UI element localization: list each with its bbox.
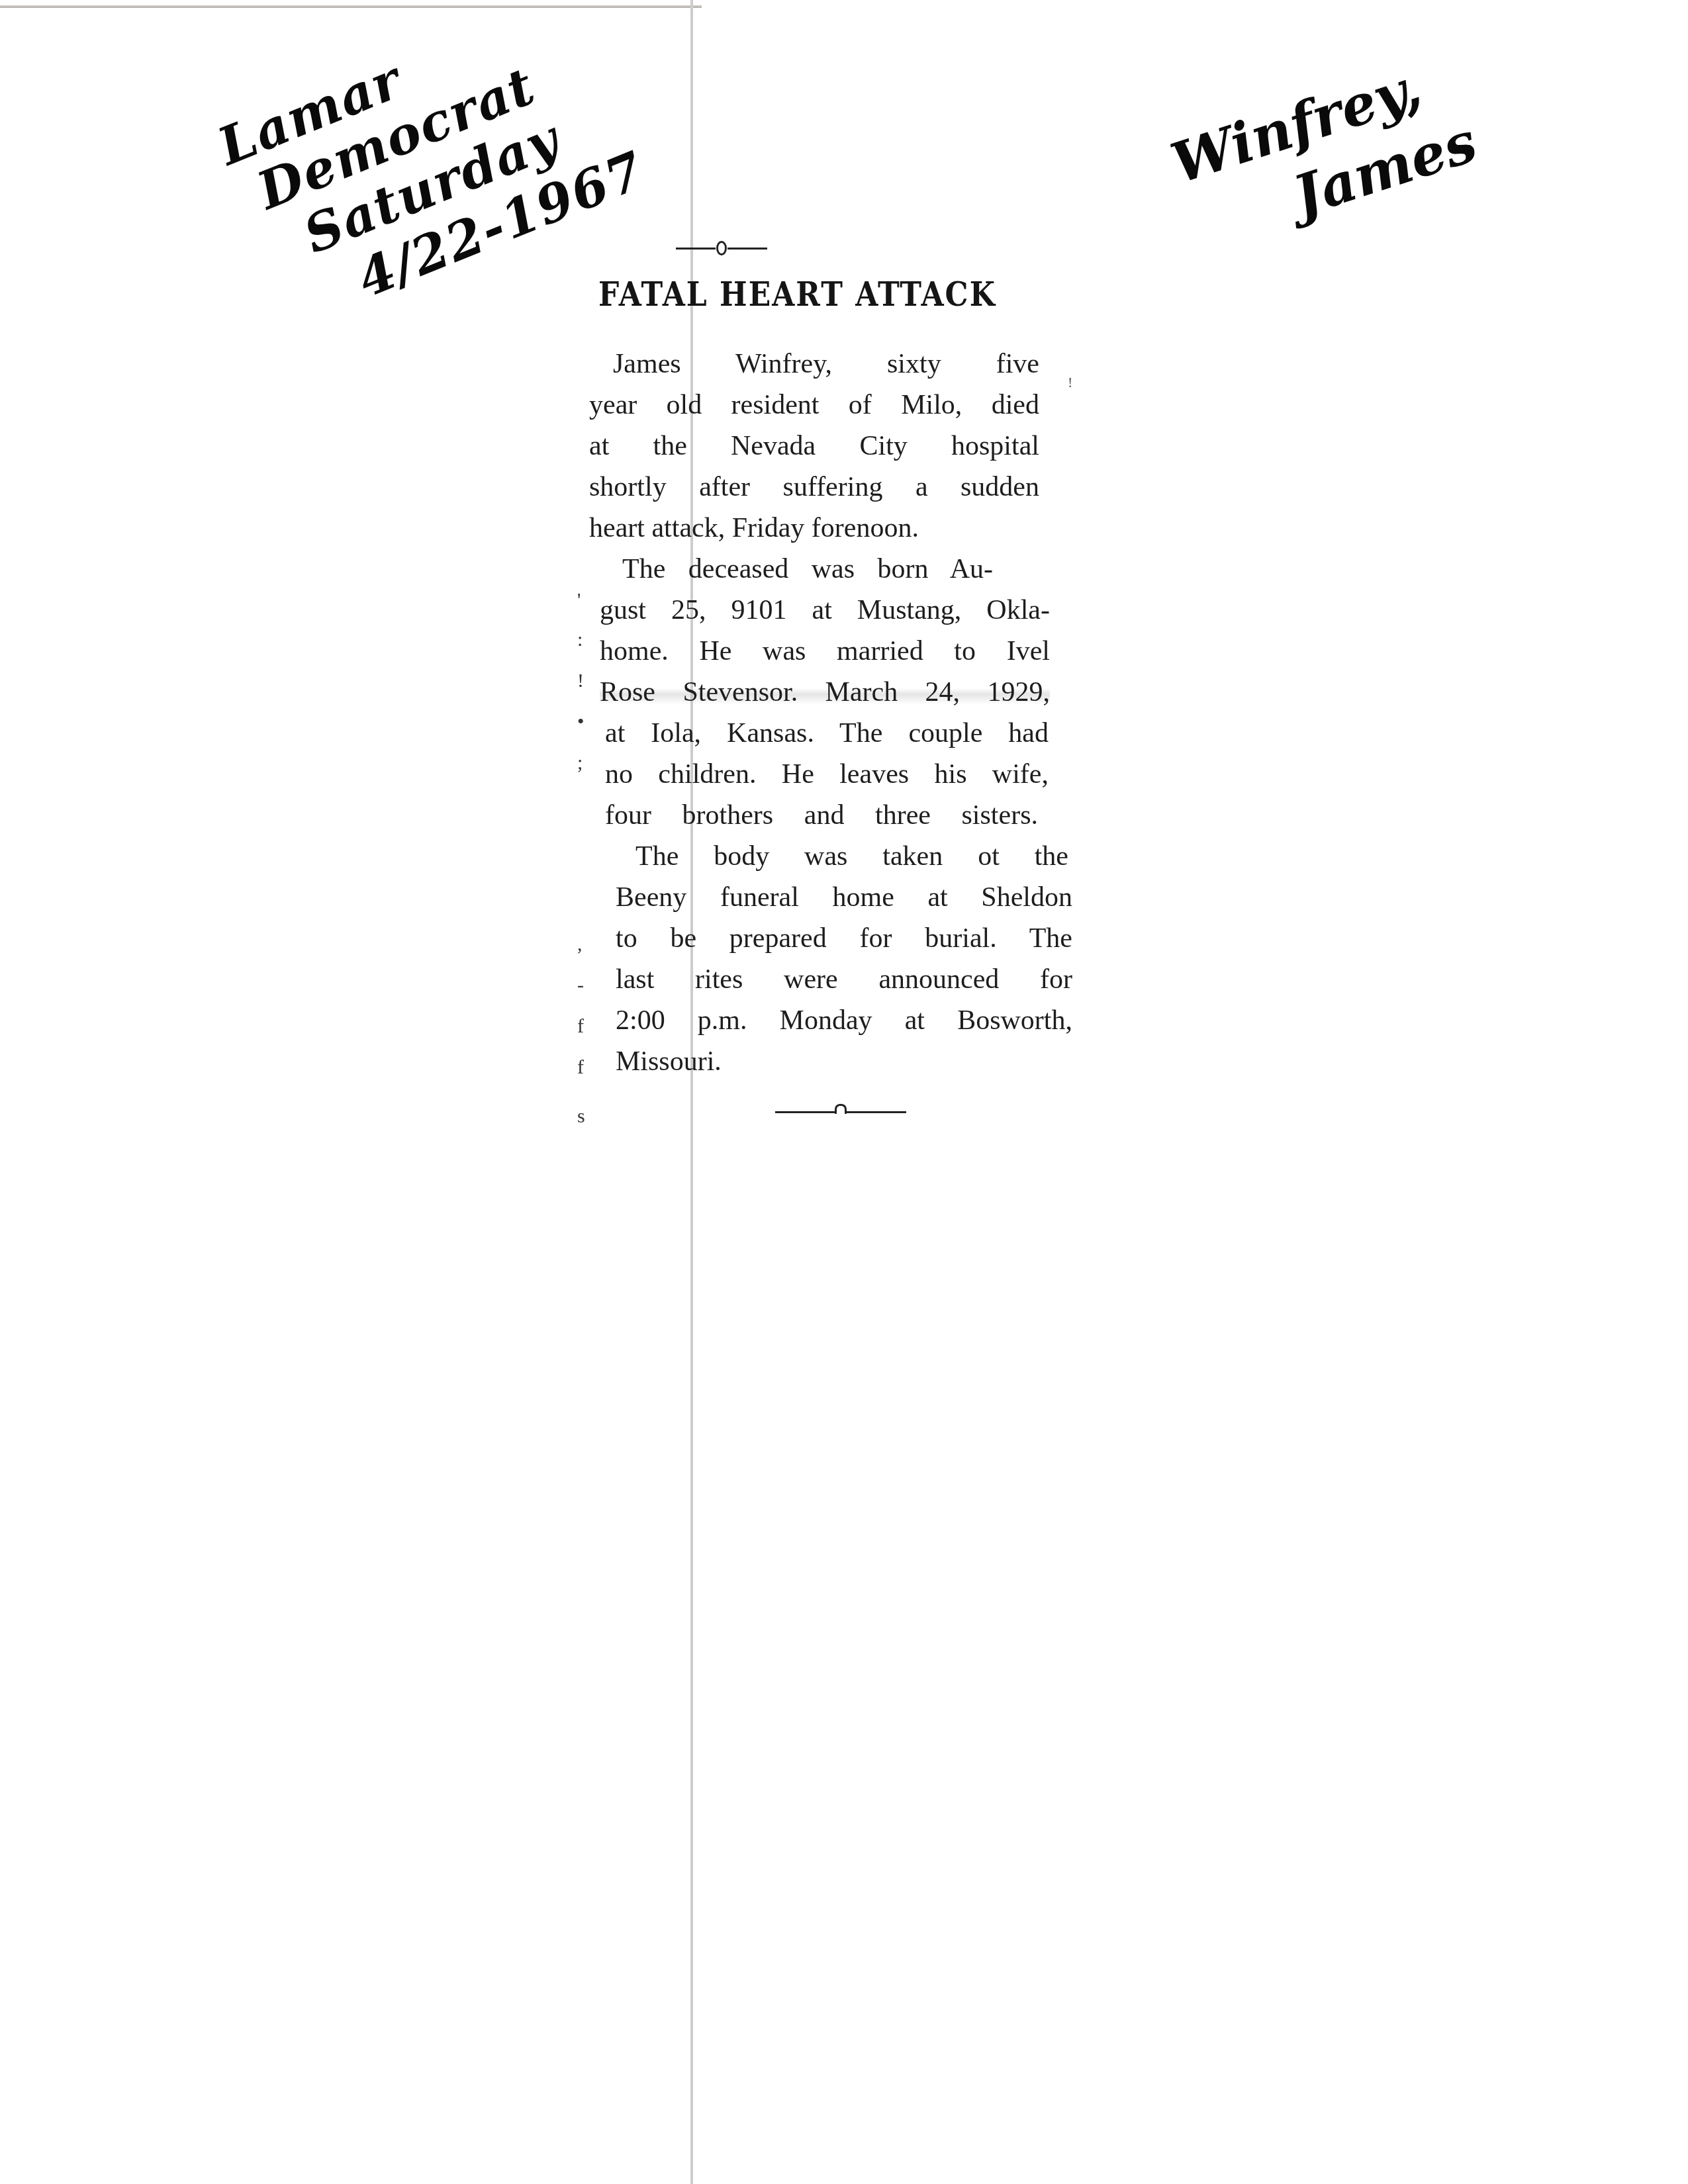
- article-paragraph-1: James Winfrey, sixty five year old resid…: [583, 343, 1086, 549]
- bottom-ornament-rule: [774, 1102, 907, 1122]
- article-paragraph-3: The body was taken ot the Beeny funeral …: [583, 836, 1086, 1082]
- text-line: four brothers and three sisters.: [605, 795, 1038, 836]
- handwritten-name-note: Winfrey, James: [1165, 48, 1483, 257]
- text-line: The deceased was born Au-: [622, 549, 993, 590]
- margin-fragment: ': [577, 589, 581, 612]
- text-line: at the Nevada City hospital: [589, 426, 1039, 467]
- text-line: Rose Stevensor. March 24, 1929,: [600, 672, 1050, 713]
- text-line: to be prepared for burial. The: [616, 918, 1072, 959]
- text-line: year old resident of Milo, died: [589, 385, 1039, 426]
- article-body: James Winfrey, sixty five year old resid…: [583, 343, 1086, 1082]
- article-headline: FATAL HEART ATTACK: [598, 275, 1086, 314]
- article-paragraph-2: The deceased was born Au- gust 25, 9101 …: [583, 549, 1086, 836]
- top-ornament-rule: [675, 238, 768, 258]
- text-line: last rites were announced for: [616, 959, 1072, 1000]
- scan-top-edge: [0, 5, 702, 8]
- text-line: Beeny funeral home at Sheldon: [616, 877, 1072, 918]
- ornament-arch-icon: [835, 1104, 847, 1114]
- text-line: James Winfrey, sixty five: [613, 343, 1039, 385]
- text-line: no children. He leaves his wife,: [605, 754, 1049, 795]
- text-line: at Iola, Kansas. The couple had: [605, 713, 1049, 754]
- text-line: 2:00 p.m. Monday at Bosworth,: [616, 1000, 1072, 1041]
- newspaper-clipping: FATAL HEART ATTACK James Winfrey, sixty …: [583, 238, 1086, 1122]
- text-line: heart attack, Friday forenoon.: [589, 508, 1039, 549]
- text-line: home. He was married to Ivel: [600, 631, 1050, 672]
- text-line: shortly after suffering a sudden: [589, 467, 1039, 508]
- margin-fragment: ,: [577, 933, 583, 956]
- ornament-circle-icon: [716, 241, 727, 255]
- text-line: gust 25, 9101 at Mustang, Okla-: [600, 590, 1050, 631]
- text-line: The body was taken ot the: [635, 836, 1068, 877]
- text-line: Missouri.: [616, 1041, 1086, 1082]
